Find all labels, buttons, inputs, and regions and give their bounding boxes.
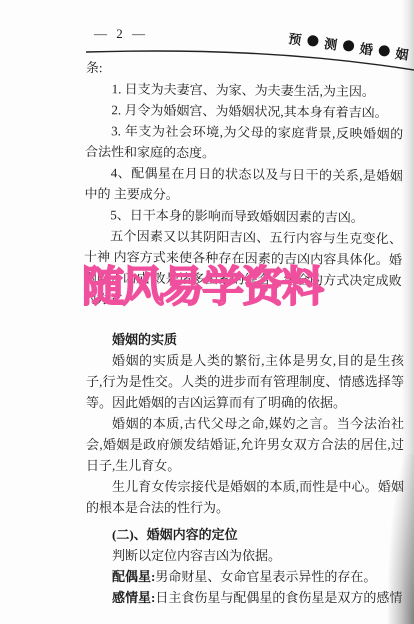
term-line: 配偶星:男命财星、女命官星表示异性的存在。 (86, 566, 404, 587)
page-corner-shadow (388, 454, 414, 624)
body-text: 条: 1. 日支为夫妻宫、为家、为夫妻生活,为主因。 2. 月令为婚姻宫、为婚姻… (86, 57, 404, 608)
list-item: 3. 年支为社会环境,为父母的家庭背景,反映婚姻的合法性和家庭的态度。 (85, 120, 403, 165)
page-number: — 2 — (94, 26, 148, 42)
list-item: 4、配偶星在月日的状态以及与日干的关系,是婚姻中的 主要成分。 (84, 162, 402, 207)
summary-paragraph: 五个因素又以其阴阳吉凶、五行内容与生克变化、十神 内容方式来使各种存在因素的吉凶… (83, 225, 402, 312)
term-label: 配偶星: (112, 569, 155, 584)
section-heading-position: (二)、婚姻内容的定位 (86, 524, 404, 545)
term-line: 感情星:日主食伤星与配偶星的食伤星是双方的感情 (86, 587, 404, 608)
term-text: 日主食伤星与配偶星的食伤星是双方的感情 (155, 590, 402, 605)
section-intro: 判断以定位内容吉凶为依据。 (86, 545, 404, 566)
paragraph: 生儿育女传宗接代是婚姻的本质,而性是中心。婚姻的根本是合法的性行为。 (86, 476, 404, 518)
intro-block: 条: 1. 日支为夫妻宫、为家、为夫妻生活,为主因。 2. 月令为婚姻宫、为婚姻… (83, 57, 404, 312)
term-text: 男命财星、女命官星表示异性的存在。 (155, 569, 376, 584)
book-page: — 2 — 预 测 婚 姻 条: 1. 日支为夫妻宫、为家、为夫妻生活,为主因。… (0, 0, 414, 624)
paragraph: 婚姻的本质,古代父母之命,媒妁之言。当今法治社会,婚姻是政府颁发结婚证,允许男女… (86, 413, 404, 476)
paragraph: 婚姻的实质是人类的繁衍,主体是男女,目的是生孩子,行为是性交。人类的进步而有管理… (86, 350, 404, 413)
section-heading-essence: 婚姻的实质 (86, 329, 404, 350)
term-label: 感情星: (112, 590, 155, 605)
